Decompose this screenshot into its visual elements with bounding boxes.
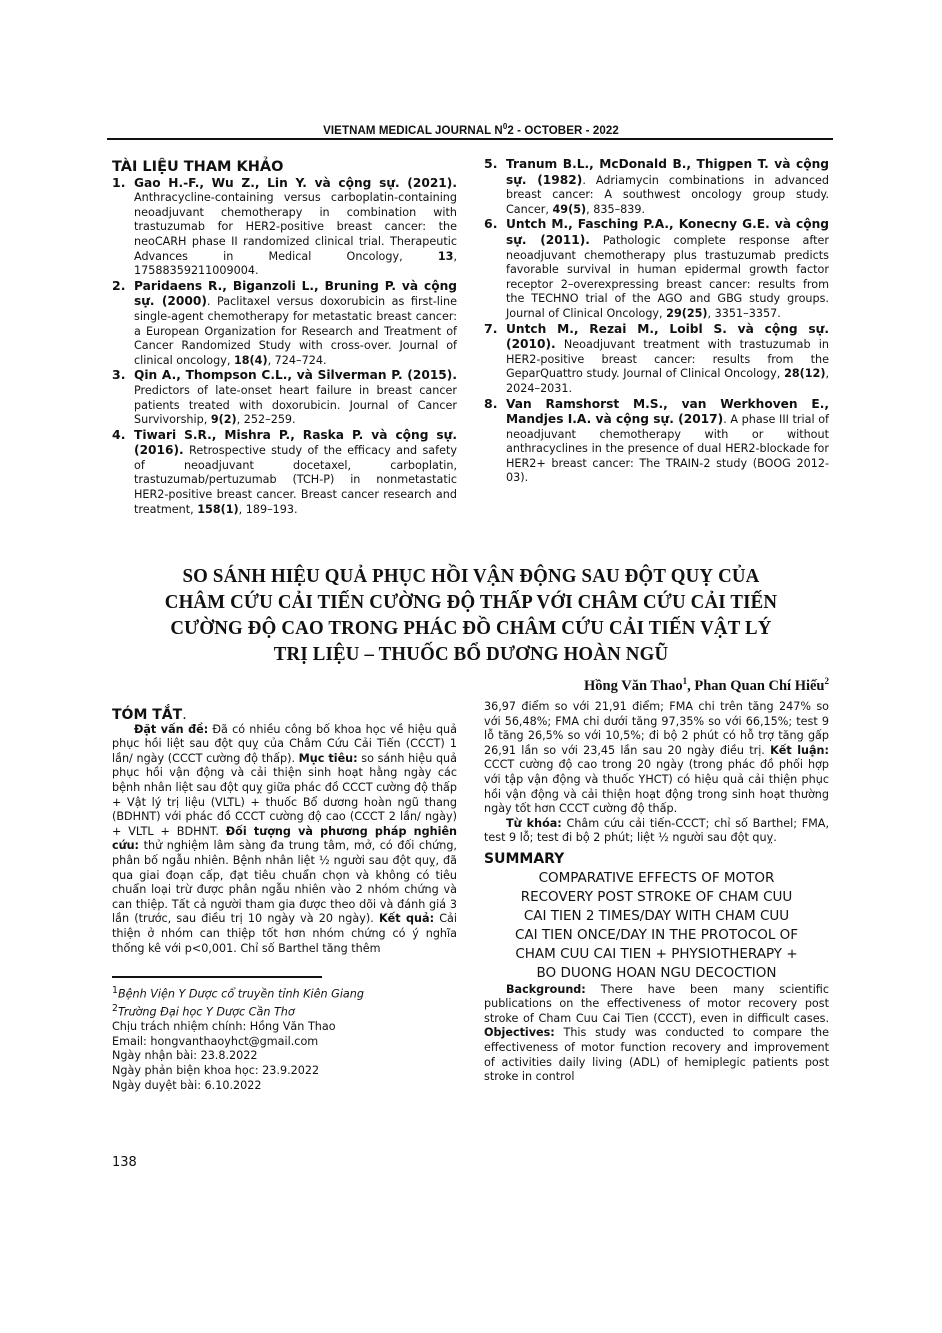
summary-title-line: CHAM CUU CAI TIEN + PHYSIOTHERAPY + <box>484 945 829 964</box>
references-left-column: TÀI LIỆU THAM KHẢO 1.Gao H.-F., Wu Z., L… <box>112 160 457 517</box>
references-right-column: 5.Tranum B.L., McDonald B., Thigpen T. v… <box>484 157 829 486</box>
reference-number: 6. <box>484 217 506 321</box>
reference-text: Anthracycline-containing versus carbopla… <box>134 191 457 262</box>
reference-number: 8. <box>484 397 506 487</box>
affiliation-text: Bệnh Viện Y Dược cổ truyền tỉnh Kiên Gia… <box>118 987 364 1000</box>
reference-number: 1. <box>112 176 134 279</box>
abstract-heading-text: TÓM TẮT <box>112 707 182 723</box>
corresponding-author: Chịu trách nhiệm chính: Hồng Văn Thao <box>112 1020 457 1035</box>
label-objectives-en: Objectives: <box>484 1026 555 1039</box>
reference-item: 4.Tiwari S.R., Mishra P., Raska P. và cộ… <box>112 428 457 518</box>
label-background-en: Background: <box>506 983 586 996</box>
label-objective: Mục tiêu: <box>299 752 358 765</box>
reference-volume: 49 <box>553 203 569 216</box>
reference-item: 6.Untch M., Fasching P.A., Konecny G.E. … <box>484 217 829 321</box>
label-keywords: Từ khóa: <box>506 817 562 830</box>
reference-issue: (2) <box>219 413 237 426</box>
references-title: TÀI LIỆU THAM KHẢO <box>112 160 457 175</box>
reference-authors: Qin A., Thompson C.L., và Silverman P. (… <box>134 368 457 382</box>
conclusion-text: CCCT cường độ cao trong 20 ngày (trong p… <box>484 758 829 815</box>
reference-number: 7. <box>484 322 506 397</box>
affiliation-1: 1Bệnh Viện Y Dược cổ truyền tỉnh Kiên Gi… <box>112 984 457 1002</box>
reference-issue: (12) <box>800 367 826 380</box>
date-received: Ngày nhận bài: 23.8.2022 <box>112 1049 457 1064</box>
date-reviewed: Ngày phản biện khoa học: 23.9.2022 <box>112 1064 457 1079</box>
reference-issue: (4) <box>250 354 268 367</box>
summary-title-line: CAI TIEN ONCE/DAY IN THE PROTOCOL OF <box>484 926 829 945</box>
reference-authors: Gao H.-F., Wu Z., Lin Y. và cộng sự. (20… <box>134 176 457 190</box>
reference-volume: 18 <box>234 354 250 367</box>
reference-pages: , 724–724. <box>268 354 327 367</box>
reference-number: 2. <box>112 279 134 369</box>
reference-body: Paridaens R., Biganzoli L., Bruning P. v… <box>134 279 457 369</box>
label-conclusion: Kết luận: <box>770 744 829 757</box>
reference-body: Qin A., Thompson C.L., và Silverman P. (… <box>134 368 457 427</box>
page-number: 138 <box>112 1155 137 1170</box>
title-line: CƯỜNG ĐỘ CAO TRONG PHÁC ĐỒ CHÂM CỨU CẢI … <box>148 615 794 641</box>
reference-item: 7.Untch M., Rezai M., Loibl S. và cộng s… <box>484 322 829 397</box>
reference-volume: 29 <box>666 307 682 320</box>
author-name: Hồng Văn Thao <box>584 678 683 694</box>
reference-issue: (1) <box>221 503 239 516</box>
journal-header: VIETNAM MEDICAL JOURNAL N02 - OCTOBER - … <box>110 122 832 137</box>
abstract-right-column: 36,97 điểm so với 21,91 điểm; FMA chi tr… <box>484 700 829 1085</box>
summary-title-line: RECOVERY POST STROKE OF CHAM CUU <box>484 888 829 907</box>
reference-body: Gao H.-F., Wu Z., Lin Y. và cộng sự. (20… <box>134 176 457 279</box>
reference-volume: 13 <box>438 250 454 263</box>
summary-title-line: COMPARATIVE EFFECTS OF MOTOR <box>484 869 829 888</box>
reference-issue: (5) <box>568 203 586 216</box>
abstract-left-column: TÓM TẮT. Đặt vấn đề: Đã có nhiều công bố… <box>112 708 457 1093</box>
affiliation-text: Trường Đại học Y Dược Cần Thơ <box>118 1006 295 1019</box>
reference-number: 5. <box>484 157 506 217</box>
reference-body: Untch M., Rezai M., Loibl S. và cộng sự.… <box>506 322 829 397</box>
issue-info: 2 - OCTOBER - 2022 <box>507 125 619 137</box>
summary-title-line: BO DUONG HOAN NGU DECOCTION <box>484 964 829 983</box>
reference-item: 8.Van Ramshorst M.S., van Werkhoven E., … <box>484 397 829 487</box>
reference-volume: 158 <box>197 503 220 516</box>
footnote-rule <box>112 976 322 978</box>
email: Email: hongvanthaoyhct@gmail.com <box>112 1035 457 1050</box>
reference-pages: , 252–259. <box>237 413 296 426</box>
keywords: Từ khóa: Châm cứu cải tiến-CCCT; chỉ số … <box>484 817 829 846</box>
summary-heading: SUMMARY <box>484 852 829 867</box>
summary-title-line: CAI TIEN 2 TIMES/DAY WITH CHAM CUU <box>484 907 829 926</box>
title-line: CHÂM CỨU CẢI TIẾN CƯỜNG ĐỘ THẤP VỚI CHÂM… <box>148 589 794 615</box>
abstract-paragraph: Đặt vấn đề: Đã có nhiều công bố khoa học… <box>112 723 457 957</box>
reference-item: 2.Paridaens R., Biganzoli L., Bruning P.… <box>112 279 457 369</box>
reference-body: Van Ramshorst M.S., van Werkhoven E., Ma… <box>506 397 829 487</box>
reference-body: Tranum B.L., McDonald B., Thigpen T. và … <box>506 157 829 217</box>
reference-item: 5.Tranum B.L., McDonald B., Thigpen T. v… <box>484 157 829 217</box>
reference-number: 3. <box>112 368 134 427</box>
reference-volume: 9 <box>211 413 219 426</box>
author-name: Phan Quan Chí Hiếu <box>694 678 824 694</box>
article-authors: Hồng Văn Thao1, Phan Quan Chí Hiếu2 <box>484 676 829 695</box>
title-line: SO SÁNH HIỆU QUẢ PHỤC HỒI VẬN ĐỘNG SAU Đ… <box>148 563 794 589</box>
affiliation-2: 2Trường Đại học Y Dược Cần Thơ <box>112 1002 457 1020</box>
reference-body: Tiwari S.R., Mishra P., Raska P. và cộng… <box>134 428 457 518</box>
reference-pages: , 3351–3357. <box>708 307 781 320</box>
header-rule <box>107 138 833 140</box>
label-background: Đặt vấn đề: <box>134 723 208 736</box>
reference-item: 3.Qin A., Thompson C.L., và Silverman P.… <box>112 368 457 427</box>
article-title: SO SÁNH HIỆU QUẢ PHỤC HỒI VẬN ĐỘNG SAU Đ… <box>148 563 794 667</box>
author-affiliation-sup: 2 <box>825 676 830 686</box>
reference-pages: , 189–193. <box>239 503 298 516</box>
label-results: Kết quả: <box>379 912 434 925</box>
reference-number: 4. <box>112 428 134 518</box>
abstract-heading-dot: . <box>182 707 186 723</box>
title-line: TRỊ LIỆU – THUỐC BỔ DƯƠNG HOÀN NGŨ <box>148 641 794 667</box>
reference-pages: , 835–839. <box>586 203 645 216</box>
reference-volume: 28 <box>784 367 800 380</box>
date-accepted: Ngày duyệt bài: 6.10.2022 <box>112 1079 457 1094</box>
results-continued: 36,97 điểm so với 21,91 điểm; FMA chi tr… <box>484 700 829 817</box>
journal-name: VIETNAM MEDICAL JOURNAL N <box>323 125 503 137</box>
summary-paragraph: Background: There have been many scienti… <box>484 983 829 1085</box>
reference-issue: (25) <box>682 307 708 320</box>
reference-item: 1.Gao H.-F., Wu Z., Lin Y. và cộng sự. (… <box>112 176 457 279</box>
summary-title: COMPARATIVE EFFECTS OF MOTOR RECOVERY PO… <box>484 869 829 983</box>
reference-body: Untch M., Fasching P.A., Konecny G.E. và… <box>506 217 829 321</box>
abstract-heading: TÓM TẮT. <box>112 708 457 723</box>
